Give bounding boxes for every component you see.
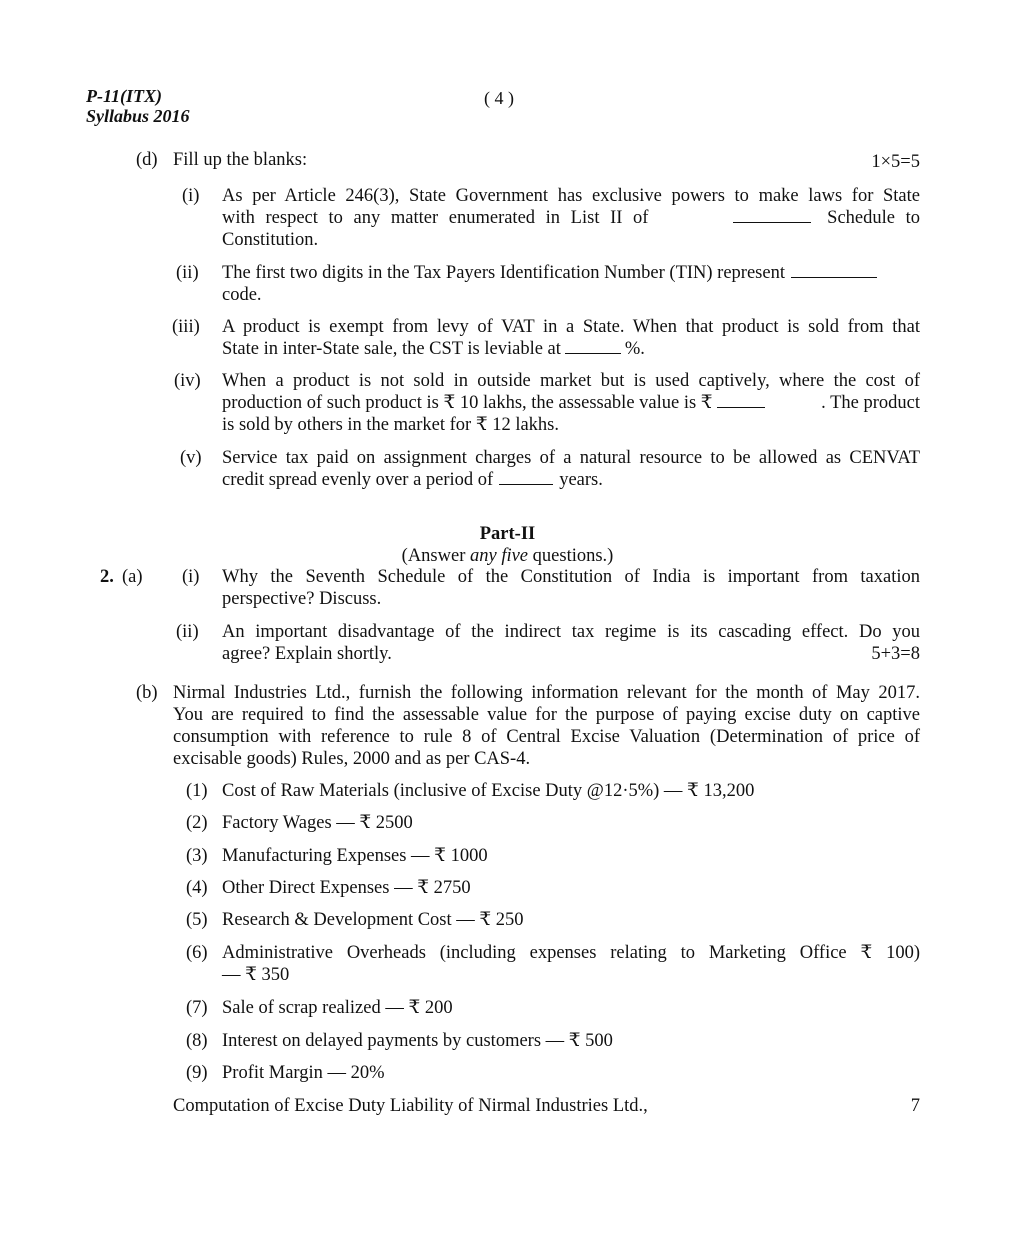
instruction-emphasis: any five	[470, 546, 528, 566]
syllabus-year: Syllabus 2016	[86, 106, 190, 126]
item-text: Constitution.	[222, 230, 318, 251]
paper-code: P-11(ITX)	[86, 86, 162, 106]
item-label: (ii)	[176, 263, 199, 284]
item-label: (iii)	[172, 317, 200, 338]
item-label: (7)	[186, 998, 208, 1019]
item-text: Schedule to	[827, 208, 920, 229]
item-text: Sale of scrap realized — ₹ 200	[222, 998, 453, 1019]
answer-blank	[565, 351, 621, 354]
item-text: Research & Development Cost — ₹ 250	[222, 910, 524, 931]
item-label: (5)	[186, 910, 208, 931]
item-label: (1)	[186, 781, 208, 802]
marks: 7	[800, 1096, 920, 1117]
item-label: (v)	[180, 448, 202, 469]
item-text: Factory Wages — ₹ 2500	[222, 813, 413, 834]
item-label: (4)	[186, 878, 208, 899]
answer-blank	[733, 220, 811, 223]
answer-blank	[791, 275, 877, 278]
item-label: (8)	[186, 1031, 208, 1052]
item-text: Profit Margin — 20%	[222, 1063, 385, 1084]
question-text: consumption with reference to rule 8 of …	[173, 727, 920, 748]
item-text: Cost of Raw Materials (inclusive of Exci…	[222, 781, 754, 802]
item-text: perspective? Discuss.	[222, 589, 381, 610]
item-text: . The product	[821, 393, 920, 414]
question-label-a: (a)	[122, 567, 143, 588]
item-text: An important disadvantage of the indirec…	[222, 622, 920, 643]
item-text: Service tax paid on assignment charges o…	[222, 448, 920, 469]
item-text: Manufacturing Expenses — ₹ 1000	[222, 846, 488, 867]
item-label: (3)	[186, 846, 208, 867]
item-text: production of such product is ₹ 10 lakhs…	[222, 393, 713, 414]
instruction-text: (Answer	[402, 546, 470, 566]
item-label: (ii)	[176, 622, 199, 643]
question-text: You are required to find the assessable …	[173, 705, 920, 726]
question-label-d: (d)	[136, 150, 158, 171]
closing-text: Computation of Excise Duty Liability of …	[173, 1096, 648, 1117]
instruction-text: questions.)	[528, 546, 613, 566]
item-label: (9)	[186, 1063, 208, 1084]
item-text: code.	[222, 285, 262, 306]
answer-blank	[499, 482, 553, 485]
item-text: credit spread evenly over a period of	[222, 470, 493, 491]
item-label: (2)	[186, 813, 208, 834]
question-text: Nirmal Industries Ltd., furnish the foll…	[173, 683, 920, 704]
page-number: ( 4 )	[484, 88, 514, 109]
section-title: Fill up the blanks:	[173, 150, 307, 171]
marks: 1×5=5	[800, 152, 920, 173]
item-label: (i)	[182, 567, 199, 588]
item-text: When a product is not sold in outside ma…	[222, 371, 920, 392]
item-text: State in inter-State sale, the CST is le…	[222, 339, 561, 360]
item-text: with respect to any matter enumerated in…	[222, 208, 648, 229]
answer-blank	[717, 405, 765, 408]
question-text: excisable goods) Rules, 2000 and as per …	[173, 749, 530, 770]
item-label: (iv)	[174, 371, 201, 392]
item-label: (i)	[182, 186, 199, 207]
item-text: agree? Explain shortly.	[222, 644, 392, 665]
marks: 5+3=8	[800, 644, 920, 665]
item-text: Why the Seventh Schedule of the Constitu…	[222, 567, 920, 588]
item-text: %.	[625, 339, 645, 360]
question-label-b: (b)	[136, 683, 158, 704]
item-text: Administrative Overheads (including expe…	[222, 943, 920, 964]
item-text: Other Direct Expenses — ₹ 2750	[222, 878, 471, 899]
part-heading: Part-II	[0, 524, 1015, 545]
part-instruction: (Answer any five questions.)	[0, 546, 1015, 567]
item-text: The first two digits in the Tax Payers I…	[222, 263, 785, 284]
item-text: is sold by others in the market for ₹ 12…	[222, 415, 559, 436]
item-text: years.	[559, 470, 603, 491]
item-text: — ₹ 350	[222, 965, 289, 986]
item-text: A product is exempt from levy of VAT in …	[222, 317, 920, 338]
item-text: As per Article 246(3), State Government …	[222, 186, 920, 207]
item-label: (6)	[186, 943, 208, 964]
question-number: 2.	[100, 567, 114, 588]
item-text: Interest on delayed payments by customer…	[222, 1031, 613, 1052]
